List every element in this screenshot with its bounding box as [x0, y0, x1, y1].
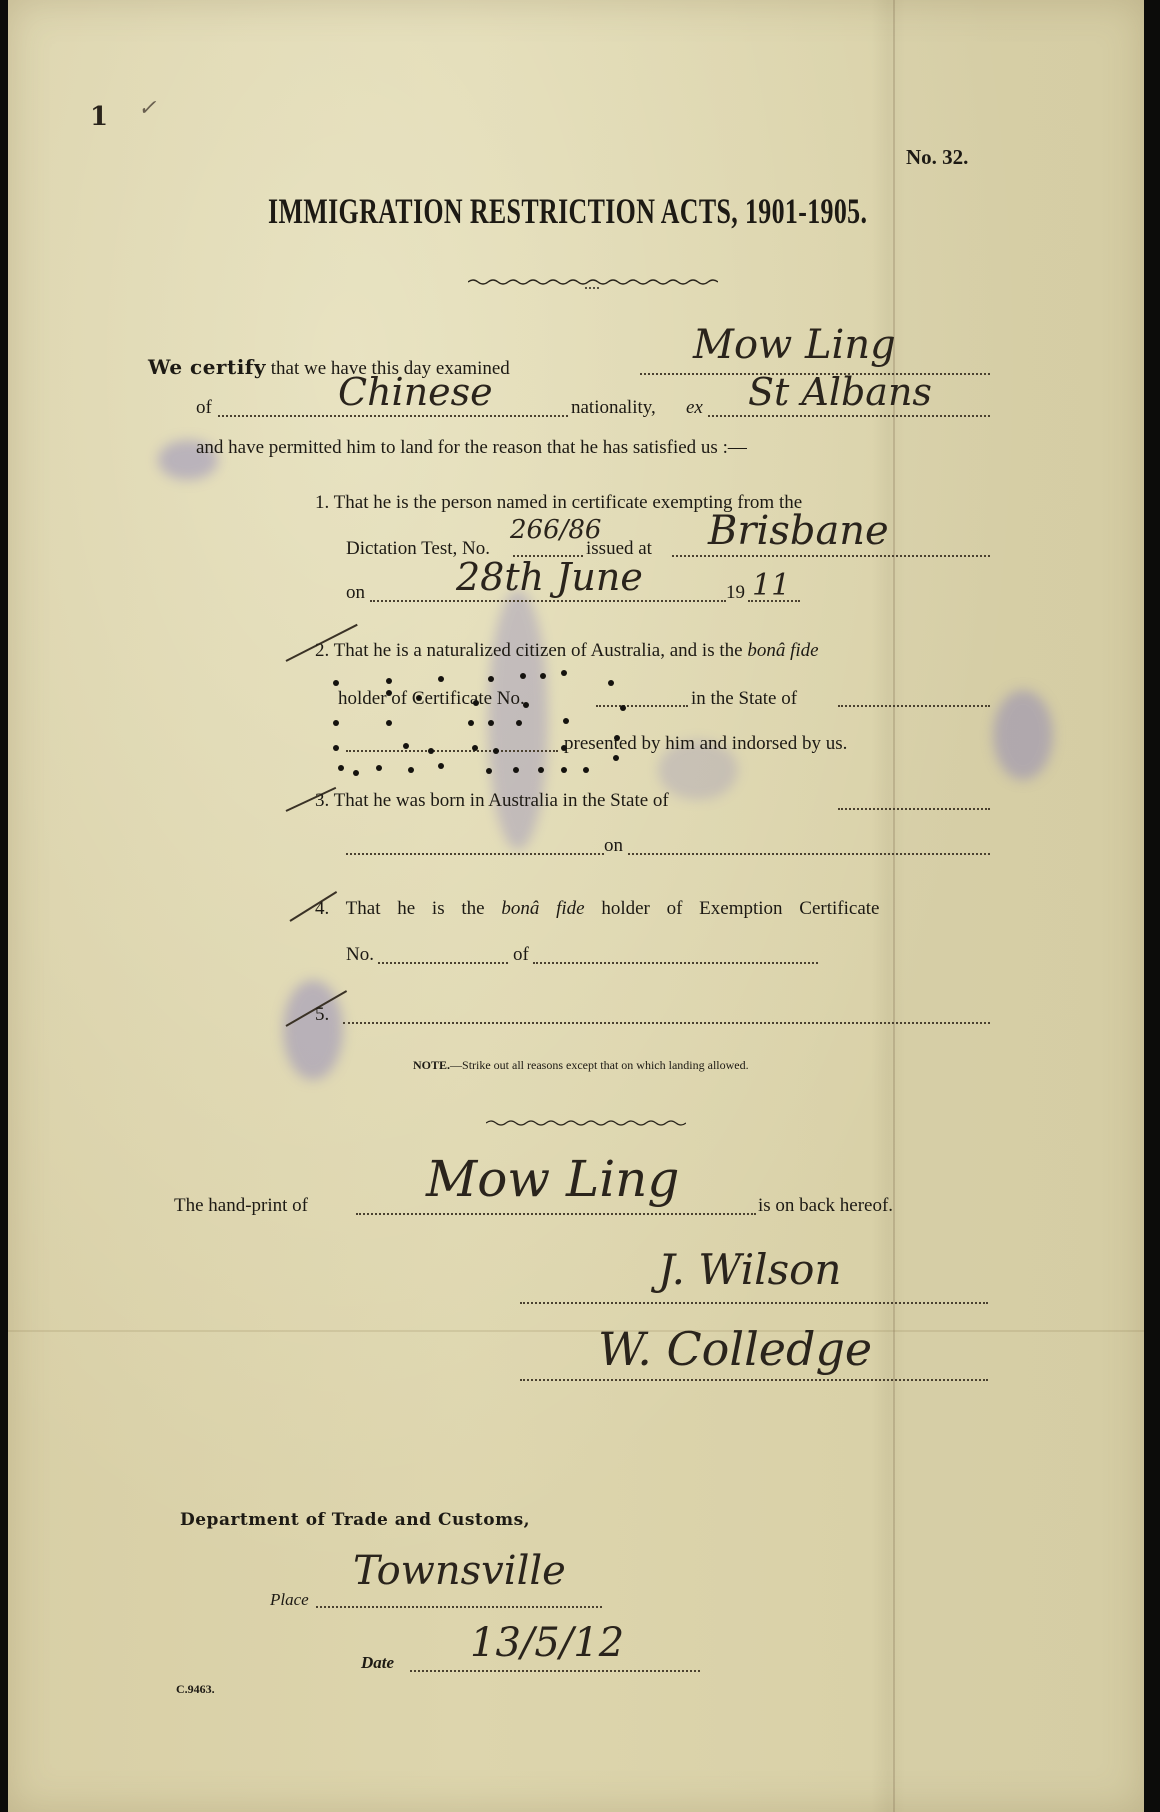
note: NOTE.—Strike out all reasons except that… — [413, 1058, 749, 1073]
note-label: NOTE. — [413, 1058, 450, 1072]
ship-field-line — [708, 415, 990, 417]
issued-at-field: Brisbane — [708, 508, 889, 554]
birth-state-line — [838, 808, 990, 810]
corner-pencil-mark: ✓ — [138, 96, 156, 121]
note-text: —Strike out all reasons except that on w… — [450, 1058, 749, 1072]
fold-line-vertical — [893, 0, 895, 1812]
date-label: Date — [361, 1653, 394, 1673]
form-code: C.9463. — [176, 1682, 215, 1697]
issue-date-field: 13/5/12 — [470, 1620, 624, 1666]
ex-label: ex — [686, 397, 703, 419]
state-line — [838, 705, 990, 707]
date-field: 28th June — [456, 555, 643, 599]
page-title: IMMIGRATION RESTRICTION ACTS, 1901-1905. — [268, 190, 867, 232]
corner-mark: 1 — [90, 102, 108, 132]
signature-2-line — [520, 1379, 988, 1381]
nationality-field: Chinese — [338, 370, 493, 414]
exemption-of-label: of — [513, 944, 529, 966]
on-label: on — [346, 582, 365, 604]
signature-1-line — [520, 1302, 988, 1304]
exemption-no-line — [378, 962, 508, 964]
handprint-suffix: is on back hereof. — [758, 1195, 893, 1217]
place-line — [316, 1606, 602, 1608]
signature-2: W. Colledge — [598, 1322, 872, 1376]
holder-label: holder of Certificate No. — [338, 688, 525, 710]
handprint-name-field: Mow Ling — [426, 1150, 679, 1208]
reason-5-line — [343, 1022, 990, 1024]
reason-2-line1: 2. That he is a naturalized citizen of A… — [315, 640, 819, 662]
state-label: in the State of — [691, 688, 797, 710]
form-number: No. 32. — [906, 145, 968, 170]
issue-date-line — [410, 1670, 700, 1672]
fold-line-horizontal — [8, 1330, 1144, 1332]
reason-4-line1: 4. That he is the bonâ fide holder of Ex… — [315, 898, 879, 920]
date-line — [370, 600, 726, 602]
of-label: of — [196, 397, 212, 419]
ship-field: St Albans — [748, 370, 932, 414]
birth-on-label: on — [604, 835, 623, 857]
ink-stain — [283, 980, 343, 1080]
ink-stain — [993, 690, 1053, 780]
year-prefix: 19 — [726, 582, 745, 604]
birth-date-line-b — [628, 853, 990, 855]
certify-lead: We certify — [148, 355, 266, 379]
permitted-text: and have permitted him to land for the r… — [196, 437, 747, 459]
year-field: 11 — [752, 568, 790, 603]
reason-5-number: 5. — [315, 1004, 329, 1026]
handprint-name-line — [356, 1213, 756, 1215]
nationality-label: nationality, — [571, 397, 656, 419]
exemption-of-line — [533, 962, 818, 964]
place-label: Place — [270, 1590, 309, 1610]
decorative-flourish — [468, 276, 718, 290]
certificate-no-line — [596, 705, 688, 707]
place-field: Townsville — [353, 1548, 566, 1594]
signature-1: J. Wilson — [658, 1245, 841, 1294]
exemption-no-label: No. — [346, 944, 374, 966]
nationality-field-line — [218, 415, 568, 417]
examined-name-field: Mow Ling — [693, 322, 896, 368]
department-name: Department of Trade and Customs, — [180, 1510, 530, 1530]
presented-line — [346, 750, 558, 752]
handprint-prefix: The hand-print of — [174, 1195, 308, 1217]
presented-label: presented by him and indorsed by us. — [564, 733, 847, 755]
reason-3-line1: 3. That he was born in Australia in the … — [315, 790, 669, 812]
issued-at-line — [672, 555, 990, 557]
document-page: 1 ✓ No. 32. IMMIGRATION RESTRICTION ACTS… — [8, 0, 1144, 1812]
birth-date-line-a — [346, 853, 604, 855]
decorative-flourish — [486, 1118, 686, 1128]
